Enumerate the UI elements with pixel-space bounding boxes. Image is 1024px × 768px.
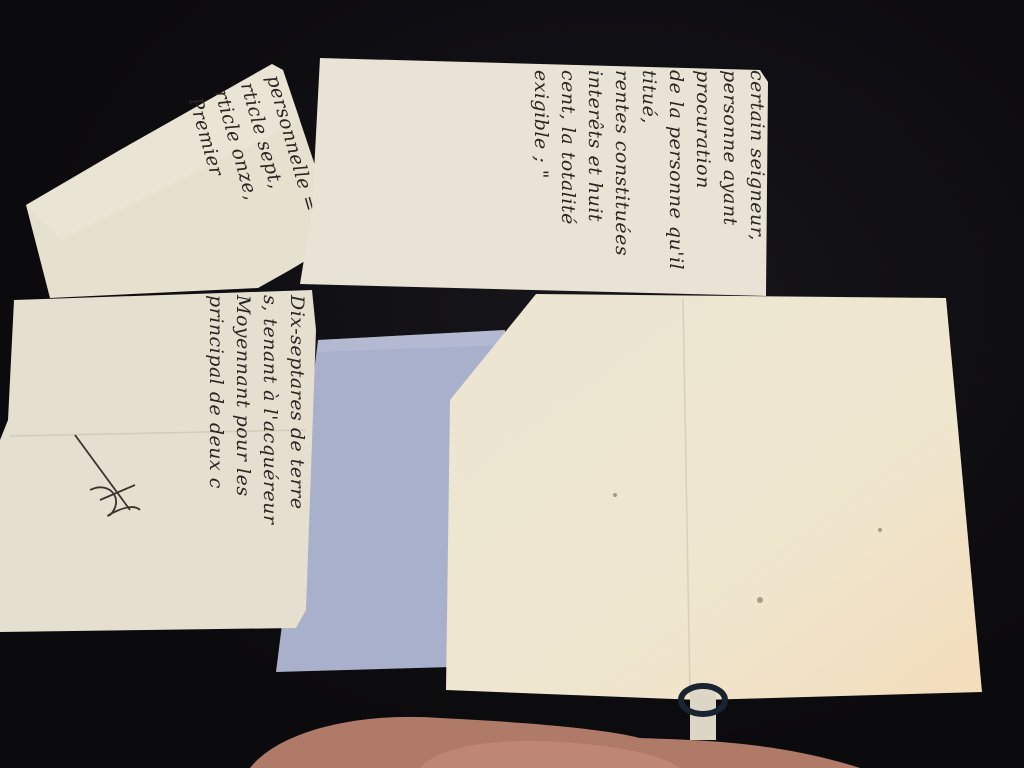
photo-scene: personnelle = rticle sept, rticle onze, … <box>0 0 1024 768</box>
fingers-at-bottom <box>0 0 1024 768</box>
